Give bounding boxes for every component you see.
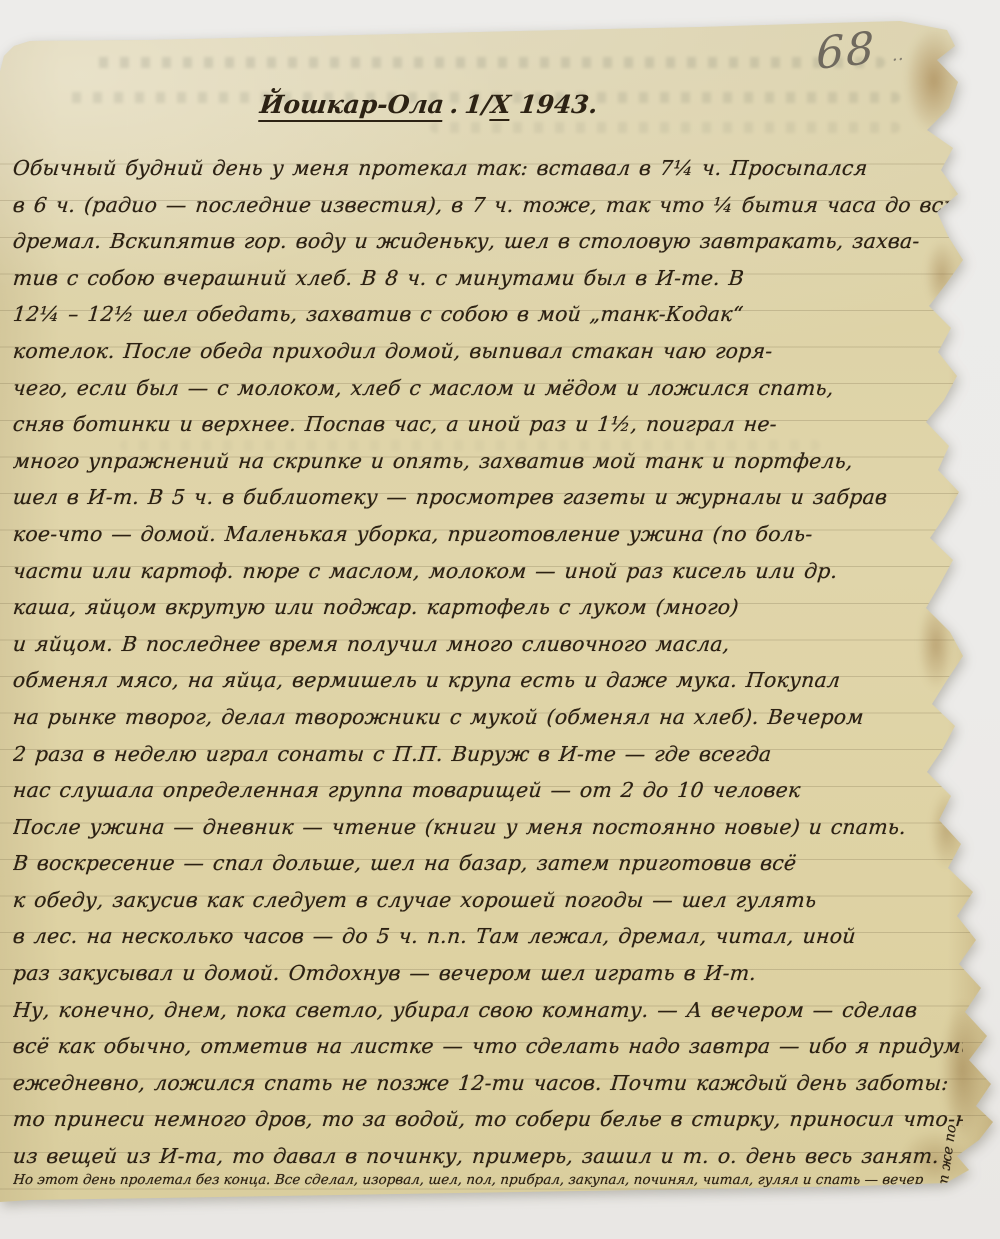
scan-background: 68 ‥ Йошкар-Ола.1/X 1943. Обычный будний… xyxy=(0,0,1000,1239)
page-number-value: 68 xyxy=(816,22,876,80)
handwriting-line: дремал. Вскипятив гор. воду и жиденьку, … xyxy=(13,223,963,260)
handwriting-body: Обычный будний день у меня протекал так:… xyxy=(13,150,963,1231)
handwriting-line: каша, яйцом вкрутую или поджар. картофел… xyxy=(13,589,963,626)
handwriting-line: В воскресение — спал дольше, шел на база… xyxy=(13,845,963,882)
handwriting-line: к обеду, закусив как следует в случае хо… xyxy=(13,882,963,919)
torn-edge-stain xyxy=(905,28,963,133)
handwriting-line: ежедневно, ложился спать не позже 12-ти … xyxy=(13,1065,963,1102)
handwriting-line: то принеси немного дров, то за водой, то… xyxy=(13,1101,963,1138)
handwriting-line: После ужина — дневник — чтение (книги у … xyxy=(13,809,963,846)
handwriting-line: Но этот день пролетал без конца. Все сде… xyxy=(13,1169,963,1195)
handwriting-line: и яйцом. В последнее время получил много… xyxy=(13,626,963,663)
handwriting-line: сняв ботинки и верхнее. Поспав час, а ин… xyxy=(13,406,963,443)
page-number-dots: ‥ xyxy=(892,43,907,66)
title-date: 1/X 1943. xyxy=(463,90,599,121)
bleedthrough-text xyxy=(95,57,885,68)
handwriting-line: тив с собою вчерашний хлеб. В 8 ч. с мин… xyxy=(13,260,963,297)
handwriting-line: части или картоф. пюре с маслом, молоком… xyxy=(13,553,963,590)
handwriting-line: много упражнений на скрипке и опять, зах… xyxy=(13,443,963,480)
handwriting-line: шел в И-т. В 5 ч. в библиотеку — просмот… xyxy=(13,479,963,516)
handwriting-line: нас слушала определенная группа товарище… xyxy=(13,772,963,809)
handwriting-line: 2 раза в неделю играл сонаты с П.П. Виру… xyxy=(13,736,963,773)
handwriting-line: раз закусывал и домой. Отдохнув — вечеро… xyxy=(13,955,963,992)
handwriting-line: на рынке творог, делал творожники с муко… xyxy=(13,699,963,736)
handwriting-line: 12¼ – 12½ шел обедать, захватив с собою … xyxy=(13,296,963,333)
handwriting-line: всё как обычно, отметив на листке — что … xyxy=(13,1028,963,1065)
page-title: Йошкар-Ола.1/X 1943. xyxy=(258,90,599,119)
handwriting-line: в лес. на несколько часов — до 5 ч. п.п.… xyxy=(13,918,963,955)
diary-page: 68 ‥ Йошкар-Ола.1/X 1943. Обычный будний… xyxy=(0,0,1000,1239)
page-number: 68 ‥ xyxy=(816,19,907,80)
handwriting-line: чего, если был — с молоком, хлеб с масло… xyxy=(13,370,963,407)
handwriting-line: в 6 ч. (радио — последние известия), в 7… xyxy=(13,187,963,224)
handwriting-line: Ну, конечно, днем, пока светло, убирал с… xyxy=(13,992,963,1029)
handwriting-line: обменял мясо, на яйца, вермишель и крупа… xyxy=(13,662,963,699)
title-city: Йошкар-Ола xyxy=(258,90,445,122)
handwriting-line: Обычный будний день у меня протекал так:… xyxy=(13,150,963,187)
handwriting-line: кое-что — домой. Маленькая уборка, приго… xyxy=(13,516,963,553)
handwriting-line: котелок. После обеда приходил домой, вып… xyxy=(13,333,963,370)
bleedthrough-text xyxy=(430,122,900,133)
